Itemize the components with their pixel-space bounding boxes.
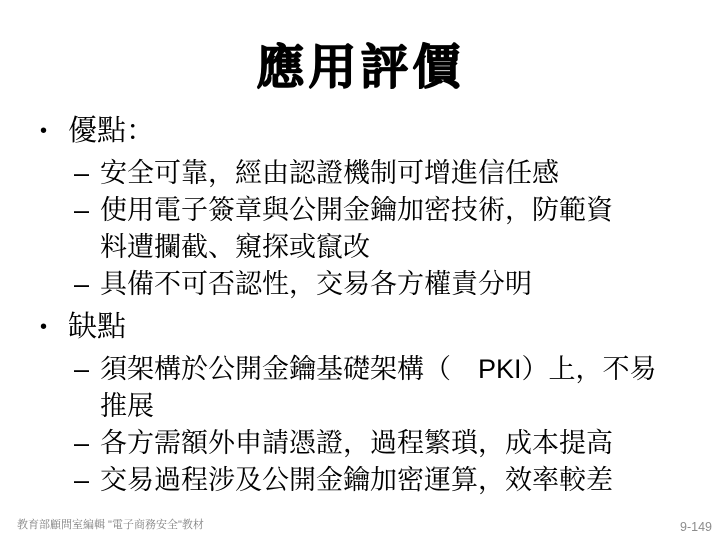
dash-marker: – [74, 266, 100, 303]
bullet-text: 優點： [68, 109, 692, 153]
bullet-dot-marker: • [40, 109, 68, 153]
bullet-list: •優點：–安全可靠，經由認證機制可增進信任感–使用電子簽章與公開金鑰加密技術，防… [0, 109, 720, 499]
sub-bullet-item: –各方需額外申請憑證，過程繁瑣，成本提高 [40, 425, 692, 462]
bullet-line: 缺點 [68, 305, 692, 349]
dash-marker: – [74, 155, 100, 192]
bullet-text: 安全可靠，經由認證機制可增進信任感 [100, 155, 692, 192]
slide-title: 應用評價 [0, 42, 720, 95]
sub-bullet-item: –安全可靠，經由認證機制可增進信任感 [40, 155, 692, 192]
bullet-line: 具備不可否認性，交易各方權責分明 [100, 266, 692, 303]
bullet-text: 具備不可否認性，交易各方權責分明 [100, 266, 692, 303]
bullet-line: 使用電子簽章與公開金鑰加密技術，防範資 [100, 192, 692, 229]
bullet-line: 須架構於公開金鑰基礎架構（ PKI）上，不易 [100, 351, 692, 388]
bullet-line: 優點： [68, 109, 692, 153]
bullet-text: 須架構於公開金鑰基礎架構（ PKI）上，不易推展 [100, 351, 692, 425]
bullet-line: 推展 [100, 388, 692, 425]
bullet-text: 各方需額外申請憑證，過程繁瑣，成本提高 [100, 425, 692, 462]
bullet-item: •優點： [40, 109, 692, 153]
bullet-line: 安全可靠，經由認證機制可增進信任感 [100, 155, 692, 192]
bullet-text: 使用電子簽章與公開金鑰加密技術，防範資料遭攔截、窺探或竄改 [100, 192, 692, 266]
page-number: 9-149 [680, 520, 712, 534]
bullet-text: 交易過程涉及公開金鑰加密運算，效率較差 [100, 462, 692, 499]
bullet-line: 料遭攔截、窺探或竄改 [100, 229, 692, 266]
sub-bullet-item: –使用電子簽章與公開金鑰加密技術，防範資料遭攔截、窺探或竄改 [40, 192, 692, 266]
bullet-dot-marker: • [40, 305, 68, 349]
sub-bullet-item: –須架構於公開金鑰基礎架構（ PKI）上，不易推展 [40, 351, 692, 425]
sub-bullet-item: –交易過程涉及公開金鑰加密運算，效率較差 [40, 462, 692, 499]
bullet-text: 缺點 [68, 305, 692, 349]
dash-marker: – [74, 192, 100, 229]
footer-source-text: 教育部顧問室編輯 "電子商務安全"教材 [17, 516, 204, 532]
bullet-line: 交易過程涉及公開金鑰加密運算，效率較差 [100, 462, 692, 499]
bullet-item: •缺點 [40, 305, 692, 349]
bullet-line: 各方需額外申請憑證，過程繁瑣，成本提高 [100, 425, 692, 462]
slide: 應用評價 •優點：–安全可靠，經由認證機制可增進信任感–使用電子簽章與公開金鑰加… [0, 0, 720, 540]
dash-marker: – [74, 462, 100, 499]
dash-marker: – [74, 425, 100, 462]
dash-marker: – [74, 351, 100, 388]
sub-bullet-item: –具備不可否認性，交易各方權責分明 [40, 266, 692, 303]
